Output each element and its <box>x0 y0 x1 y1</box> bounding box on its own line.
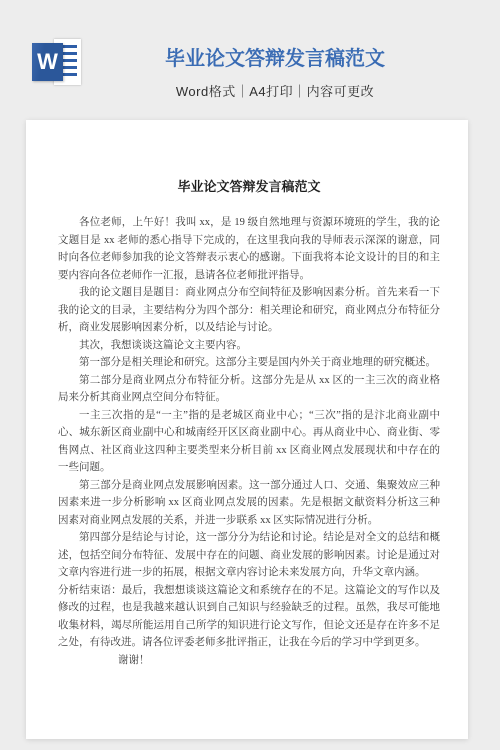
paragraph-thanks: 谢谢！ <box>58 652 440 670</box>
document-content: 毕业论文答辩发言稿范文 各位老师，上午好！我叫 xx，是 19 级自然地理与资源… <box>58 120 440 669</box>
document-title: 毕业论文答辩发言稿范文 <box>58 177 440 196</box>
paragraph: 其次，我想谈谈这篇论文主要内容。 <box>58 337 440 355</box>
word-icon-letter: W <box>37 51 58 73</box>
document-page: 毕业论文答辩发言稿范文 各位老师，上午好！我叫 xx，是 19 级自然地理与资源… <box>26 120 468 739</box>
paragraph: 我的论文题目是题目：商业网点分布空间特征及影响因素分析。首先来看一下我的论文的目… <box>58 284 440 337</box>
paragraph: 第四部分是结论与讨论，这一部分分为结论和讨论。结论是对全文的总结和概述，包括空间… <box>58 529 440 582</box>
word-icon-panel: W <box>32 43 63 81</box>
format-subtitle: Word格式｜A4打印｜内容可更改 <box>60 81 490 100</box>
paragraph: 第三部分是商业网点发展影响因素。这一部分通过人口、交通、集聚效应三种因素来进一步… <box>58 477 440 530</box>
paragraph: 第一部分是相关理论和研究。这部分主要是国内外关于商业地理的研究概述。 <box>58 354 440 372</box>
page-title: 毕业论文答辩发言稿范文 <box>60 42 490 71</box>
paragraph: 第二部分是商业网点分布特征分析。这部分先是从 xx 区的一主三次的商业格局来分析… <box>58 372 440 407</box>
preview-header: W 毕业论文答辩发言稿范文 Word格式｜A4打印｜内容可更改 <box>0 0 500 120</box>
paragraph: 各位老师，上午好！我叫 xx，是 19 级自然地理与资源环境班的学生，我的论文题… <box>58 214 440 284</box>
paragraph: 一主三次指的是“一主”指的是老城区商业中心；“三次”指的是汴北商业副中心、城东新… <box>58 407 440 477</box>
paragraph: 分析结束语：最后，我想想谈谈这篇论文和系统存在的不足。这篇论文的写作以及修改的过… <box>58 582 440 652</box>
document-body: 各位老师，上午好！我叫 xx，是 19 级自然地理与资源环境班的学生，我的论文题… <box>58 214 440 669</box>
header-text-block: 毕业论文答辩发言稿范文 Word格式｜A4打印｜内容可更改 <box>60 42 490 100</box>
